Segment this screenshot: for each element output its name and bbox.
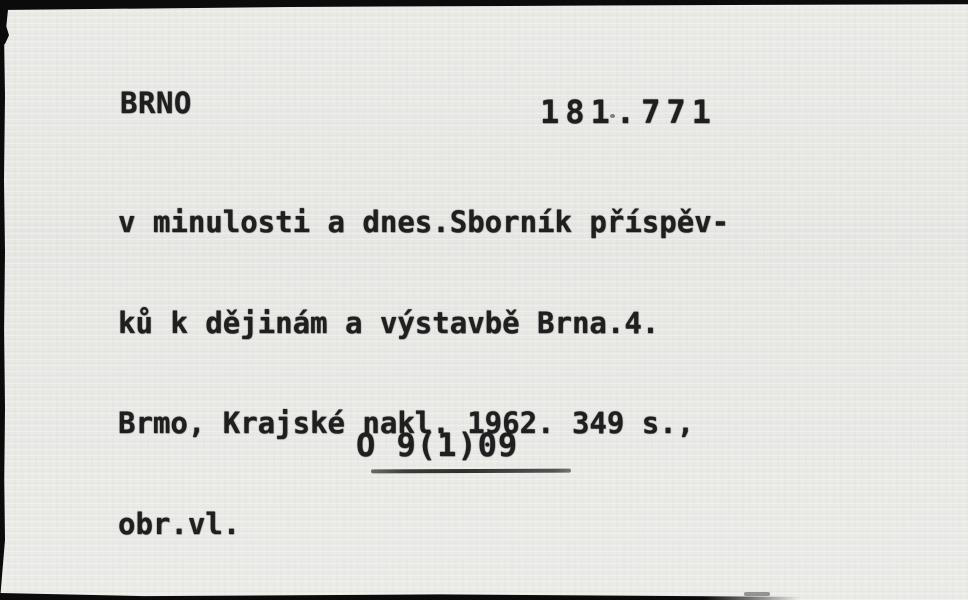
body-line-2: ků k dějinám a výstavbě Brna.4. bbox=[118, 307, 729, 341]
scan-edge-top bbox=[0, 0, 968, 10]
body-line-1: v minulosti a dnes.Sborník příspěv- bbox=[118, 206, 729, 240]
catalog-card-scan: BRNO 181.771 v minulosti a dnes.Sborník … bbox=[0, 0, 968, 600]
scan-speck bbox=[744, 592, 770, 596]
body-line-4: obr.vl. bbox=[118, 508, 729, 542]
scan-edge-left bbox=[0, 0, 5, 600]
classification-number: 181.771 bbox=[540, 96, 717, 129]
call-number: O 9(1)09 bbox=[356, 428, 518, 462]
card-body: v minulosti a dnes.Sborník příspěv- ků k… bbox=[118, 139, 729, 600]
scan-corner-mark bbox=[0, 0, 9, 44]
card-heading: BRNO bbox=[120, 88, 192, 118]
